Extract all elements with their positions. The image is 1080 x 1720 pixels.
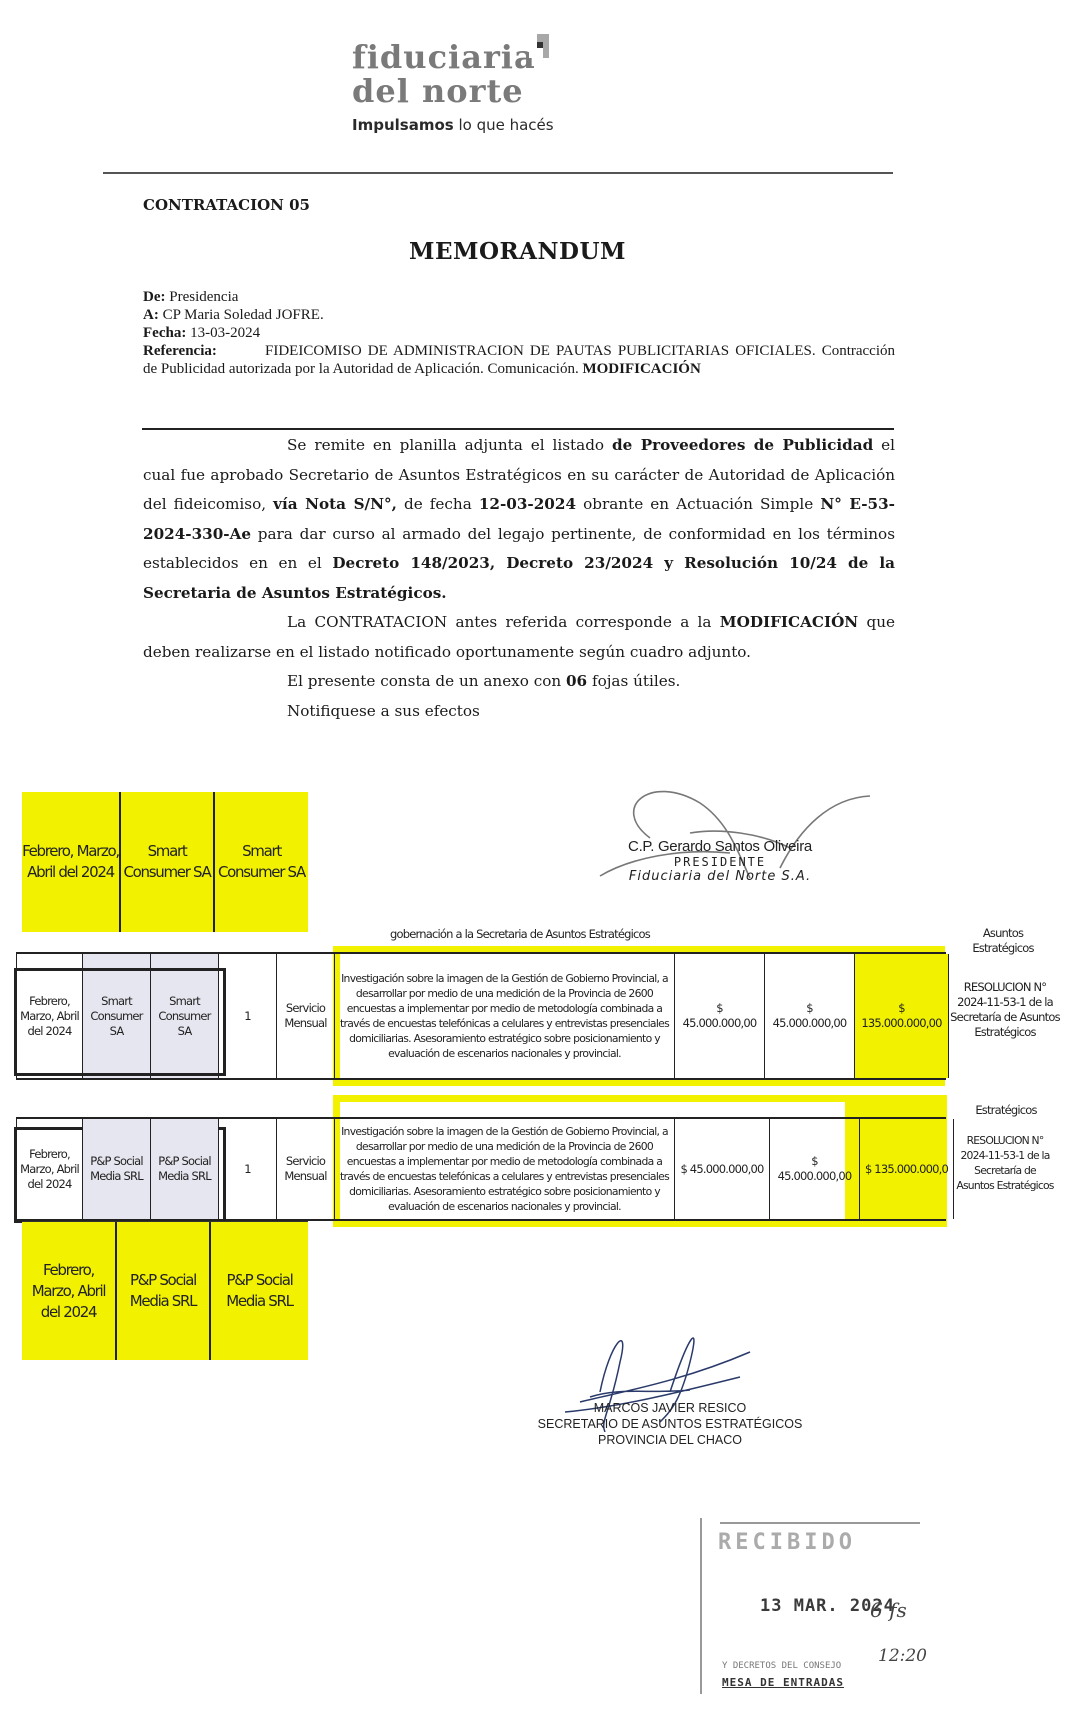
memo-body: Se remite en planilla adjunta el listado… xyxy=(143,431,895,726)
highlight-provider: P&P Social Media SRL xyxy=(115,1222,209,1360)
body-paragraph-3: El presente consta de un anexo con 06 fo… xyxy=(143,667,895,697)
secretary-name: MARCOS JAVIER RESICO xyxy=(525,1400,815,1416)
table-header-right-2: Estratégicos xyxy=(960,1103,1052,1117)
provider-frame-1 xyxy=(14,968,226,1076)
cell-type: Servicio Mensual xyxy=(277,1119,335,1219)
body-paragraph-1: Se remite en planilla adjunta el listado… xyxy=(143,431,895,608)
president-signature-block: C.P. Gerardo Santos Oliveira PRESIDENTE … xyxy=(600,838,840,884)
cell-monthly: $ 45.000.000,00 xyxy=(765,954,855,1078)
highlight-provider-2: Smart Consumer SA xyxy=(213,792,308,932)
cell-spacer xyxy=(954,1119,1046,1219)
stamp-title: RECIBIDO xyxy=(718,1530,856,1555)
table-header-right-1: Asuntos Estratégicos xyxy=(955,926,1051,956)
cell-resolution: RESOLUCION N° 2024-11-53-1 de la Secreta… xyxy=(950,980,1060,1040)
body-paragraph-2: La CONTRATACION antes referida correspon… xyxy=(143,608,895,667)
table-header-fragment: gobernación a la Secretaria de Asuntos E… xyxy=(333,927,707,941)
table-row: Febrero, Marzo, Abril del 2024 P&P Socia… xyxy=(16,1117,946,1221)
secretary-signature-block: MARCOS JAVIER RESICO SECRETARIO DE ASUNT… xyxy=(525,1400,815,1448)
company-logo: fiduciaria del norte Impulsamos lo que h… xyxy=(352,40,592,134)
president-name: C.P. Gerardo Santos Oliveira xyxy=(600,838,840,855)
cell-unit-price: $ 45.000.000,00 xyxy=(675,1119,770,1219)
cell-total: $ 135.000.000,00 xyxy=(855,954,949,1078)
cell-provider: P&P Social Media SRL xyxy=(83,1119,151,1219)
body-paragraph-4: Notifiquese a sus efectos xyxy=(143,697,895,727)
logo-line-1: fiduciaria xyxy=(352,40,592,74)
from-field: De: Presidencia xyxy=(143,288,895,306)
stamp-folios: 6 fs xyxy=(870,1598,907,1622)
stamp-time: 12:20 xyxy=(878,1646,927,1666)
highlight-provider-2: P&P Social Media SRL xyxy=(209,1222,308,1360)
reference-field: Referencia:FIDEICOMISO DE ADMINISTRACION… xyxy=(143,342,895,378)
date-field: Fecha: 13-03-2024 xyxy=(143,324,895,342)
highlight-provider: Smart Consumer SA xyxy=(119,792,213,932)
highlight-period: Febrero, Marzo, Abril del 2024 xyxy=(22,1222,115,1360)
cell-quantity: 1 xyxy=(219,1119,277,1219)
stamp-desk: MESA DE ENTRADAS xyxy=(722,1676,844,1689)
contract-number: CONTRATACION 05 xyxy=(143,196,310,214)
cell-quantity: 1 xyxy=(219,954,277,1078)
logo-tagline: Impulsamos lo que hacés xyxy=(352,116,592,134)
received-stamp: RECIBIDO 13 MAR. 2024 6 fs 12:20 Y DECRE… xyxy=(700,1518,938,1694)
president-org: Fiduciaria del Norte S.A. xyxy=(600,869,840,884)
document-title: MEMORANDUM xyxy=(0,238,1035,265)
cell-unit-price: $ 45.000.000,00 xyxy=(675,954,765,1078)
to-field: A: CP Maria Soledad JOFRE. xyxy=(143,306,895,324)
highlight-box-pp-social-media: Febrero, Marzo, Abril del 2024 P&P Socia… xyxy=(22,1220,308,1360)
body-divider xyxy=(142,428,894,430)
cell-type: Servicio Mensual xyxy=(277,954,335,1078)
header-divider xyxy=(103,172,893,174)
cell-period: Febrero, Marzo, Abril del 2024 xyxy=(16,1119,83,1219)
cell-provider-2: P&P Social Media SRL xyxy=(151,1119,219,1219)
cell-total: $ 135.000.000,0 xyxy=(860,1119,954,1219)
logo-line-2: del norte xyxy=(352,74,592,108)
logo-square-icon xyxy=(529,34,549,58)
secretary-org: PROVINCIA DEL CHACO xyxy=(525,1432,815,1448)
cell-description: Investigación sobre la imagen de la Gest… xyxy=(335,954,675,1078)
stamp-subtext: Y DECRETOS DEL CONSEJO xyxy=(722,1661,841,1671)
memo-header-fields: De: Presidencia A: CP Maria Soledad JOFR… xyxy=(143,288,895,378)
cell-monthly: $ 45.000.000,00 xyxy=(770,1119,860,1219)
highlight-period: Febrero, Marzo, Abril del 2024 xyxy=(22,792,119,932)
highlight-box-smart-consumer: Febrero, Marzo, Abril del 2024 Smart Con… xyxy=(22,792,308,932)
cell-description: Investigación sobre la imagen de la Gest… xyxy=(335,1119,675,1219)
secretary-role: SECRETARIO DE ASUNTOS ESTRATÉGICOS xyxy=(525,1416,815,1432)
president-role: PRESIDENTE xyxy=(600,855,840,869)
